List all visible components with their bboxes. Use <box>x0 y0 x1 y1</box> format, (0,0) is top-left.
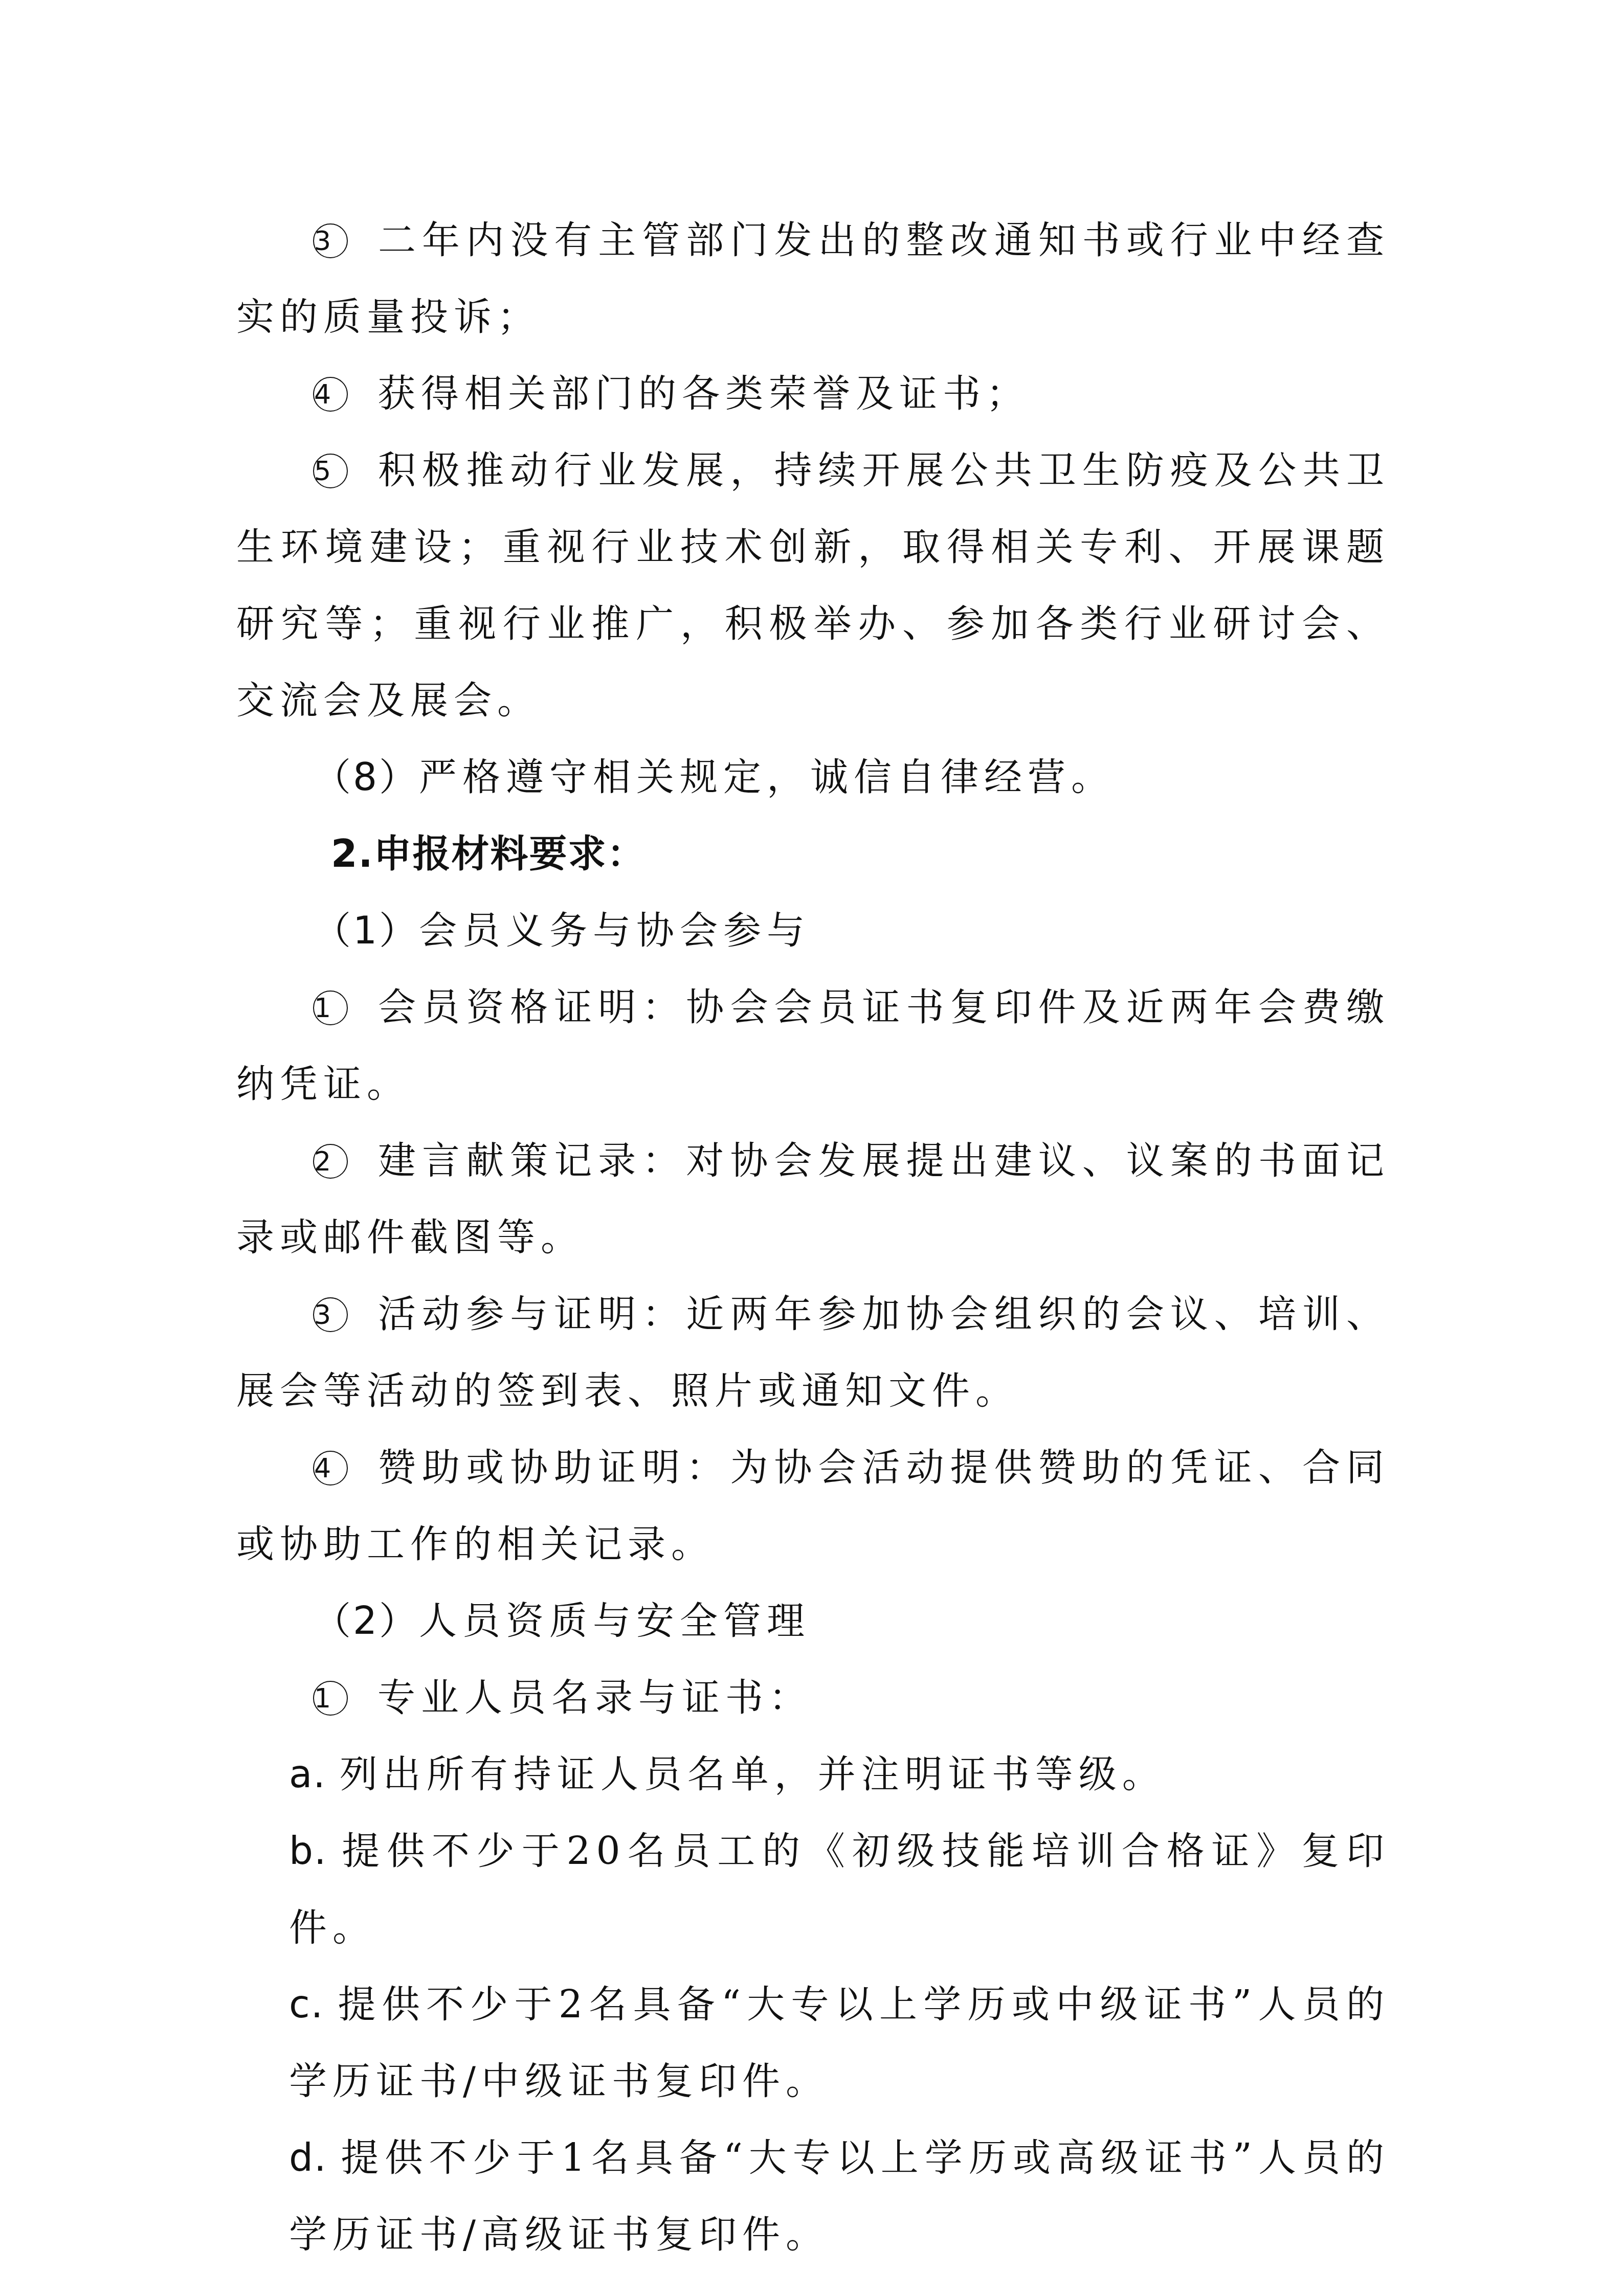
paragraph-staff-roster: 1专业人员名录与证书： <box>236 1659 1390 1736</box>
subsection-personnel-safety: （2）人员资质与安全管理 <box>236 1583 1390 1659</box>
subsection-member-obligations: （1）会员义务与协会参与 <box>236 892 1390 969</box>
paragraph-text: 建言献策记录：对协会发展提出建议、议案的书面记录或邮件截图等。 <box>236 1139 1390 1259</box>
circled-number-marker: 2 <box>313 1144 348 1179</box>
list-item-text: 提供不少于2名具备“大专以上学历或中级证书”人员的学历证书/中级证书复印件。 <box>289 1983 1390 2103</box>
list-item-d: d.提供不少于1名具备“大专以上学历或高级证书”人员的学历证书/高级证书复印件。 <box>236 2120 1390 2273</box>
paragraph-text: 赞助或协助证明：为协会活动提供赞助的凭证、合同或协助工作的相关记录。 <box>236 1446 1390 1566</box>
list-item-b: b.提供不少于20名员工的《初级技能培训合格证》复印件。 <box>236 1813 1390 1966</box>
paragraph-suggestions-record: 2建言献策记录：对协会发展提出建议、议案的书面记录或邮件截图等。 <box>236 1122 1390 1276</box>
paragraph-membership-proof: 1会员资格证明：协会会员证书复印件及近两年会费缴纳凭证。 <box>236 969 1390 1122</box>
paragraph-text: 活动参与证明：近两年参加协会组织的会议、培训、展会等活动的签到表、照片或通知文件… <box>236 1292 1390 1413</box>
list-item-text: 列出所有持证人员名单，并注明证书等级。 <box>340 1752 1166 1796</box>
subsection-title: 会员义务与协会参与 <box>419 909 810 953</box>
paragraph-text: 严格遵守相关规定，诚信自律经营。 <box>419 755 1115 799</box>
paragraph-sponsorship-proof: 4赞助或协助证明：为协会活动提供赞助的凭证、合同或协助工作的相关记录。 <box>236 1429 1390 1583</box>
paren-number-marker: （2） <box>313 1599 419 1643</box>
list-item-a: a.列出所有持证人员名单，并注明证书等级。 <box>236 1736 1390 1813</box>
subsection-title: 人员资质与安全管理 <box>419 1599 810 1643</box>
alpha-marker: d. <box>289 2136 327 2180</box>
paragraph-honors-certificates: 4获得相关部门的各类荣誉及证书； <box>236 355 1390 432</box>
paragraph-text: 二年内没有主管部门发出的整改通知书或行业中经查实的质量投诉； <box>236 218 1390 339</box>
paragraph-text: 专业人员名录与证书： <box>377 1676 812 1720</box>
alpha-marker: b. <box>289 1829 327 1873</box>
list-item-c: c.提供不少于2名具备“大专以上学历或中级证书”人员的学历证书/中级证书复印件。 <box>236 1966 1390 2120</box>
paragraph-text: 会员资格证明：协会会员证书复印件及近两年会费缴纳凭证。 <box>236 985 1390 1106</box>
circled-number-marker: 5 <box>313 454 348 488</box>
section-heading-materials: 2.申报材料要求： <box>236 816 1390 892</box>
paragraph-compliance: （8）严格遵守相关规定，诚信自律经营。 <box>236 739 1390 816</box>
circled-number-marker: 3 <box>313 223 348 258</box>
paren-number-marker: （1） <box>313 909 419 953</box>
paragraph-text: 获得相关部门的各类荣誉及证书； <box>377 372 1030 416</box>
paragraph-text: 积极推动行业发展，持续开展公共卫生防疫及公共卫生环境建设；重视行业技术创新，取得… <box>236 448 1390 723</box>
list-item-text: 提供不少于1名具备“大专以上学历或高级证书”人员的学历证书/高级证书复印件。 <box>289 2136 1390 2257</box>
list-item-text: 提供不少于20名员工的《初级技能培训合格证》复印件。 <box>289 1829 1390 1950</box>
heading-text: 2.申报材料要求： <box>331 832 646 876</box>
paragraph-activity-participation: 3活动参与证明：近两年参加协会组织的会议、培训、展会等活动的签到表、照片或通知文… <box>236 1276 1390 1429</box>
circled-number-marker: 4 <box>313 377 348 412</box>
document-page: 3二年内没有主管部门发出的整改通知书或行业中经查实的质量投诉； 4获得相关部门的… <box>236 202 1390 2273</box>
circled-number-marker: 3 <box>313 1297 348 1332</box>
circled-number-marker: 4 <box>313 1451 348 1485</box>
paragraph-industry-development: 5积极推动行业发展，持续开展公共卫生防疫及公共卫生环境建设；重视行业技术创新，取… <box>236 432 1390 739</box>
circled-number-marker: 1 <box>313 1681 348 1716</box>
circled-number-marker: 1 <box>313 991 348 1025</box>
alpha-marker: c. <box>289 1983 324 2027</box>
paragraph-no-rectification-notice: 3二年内没有主管部门发出的整改通知书或行业中经查实的质量投诉； <box>236 202 1390 355</box>
alpha-marker: a. <box>289 1752 326 1796</box>
paren-number-marker: （8） <box>313 755 419 799</box>
